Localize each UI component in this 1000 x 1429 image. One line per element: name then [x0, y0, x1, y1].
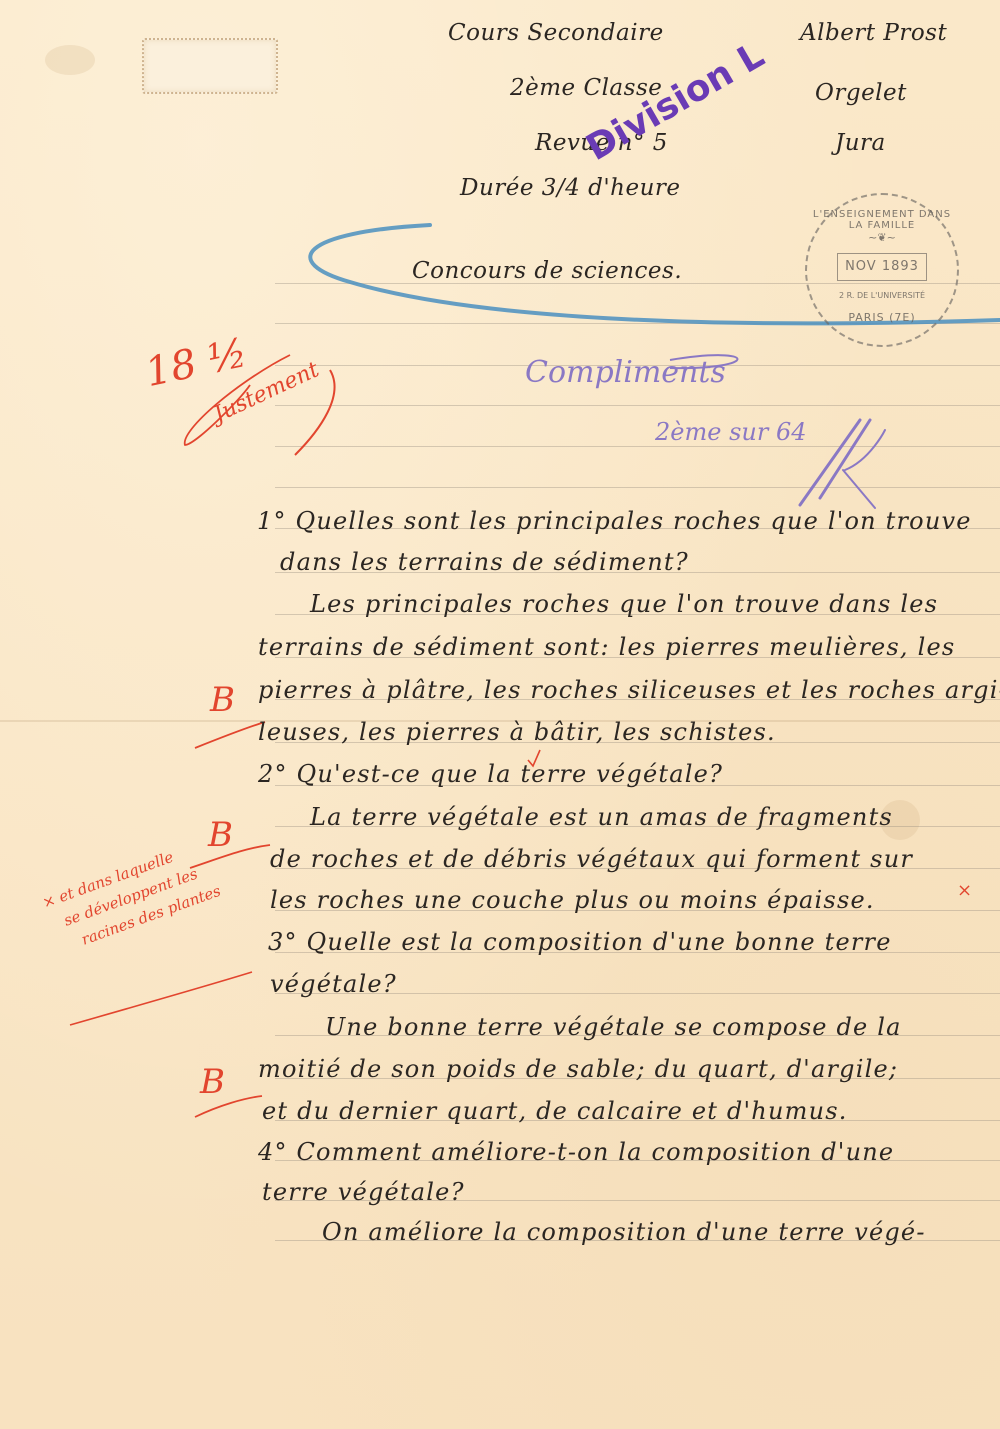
answer-4-line: On améliore la composition d'une terre v… [322, 1218, 926, 1246]
answer-1-line: leuses, les pierres à bâtir, les schiste… [258, 718, 776, 746]
class-rank: 2ème sur 64 [655, 418, 806, 446]
answer-2-line: les roches une couche plus ou moins épai… [270, 886, 875, 914]
question-4: 4° Comment améliore-t-on la composition … [258, 1138, 894, 1166]
grade-mark-2: B [208, 815, 233, 855]
answer-1-line: terrains de sédiment sont: les pierres m… [258, 633, 955, 661]
answer-1-line: Les principales roches que l'on trouve d… [310, 590, 938, 618]
question-3-continued: végétale? [270, 970, 397, 998]
class-label: 2ème Classe [510, 75, 662, 101]
paper-stain [45, 45, 95, 75]
question-3: 3° Quelle est la composition d'une bonne… [268, 928, 892, 956]
violet-initials-stroke [800, 420, 860, 505]
answer-3-line: moitié de son poids de sable; du quart, … [258, 1055, 898, 1083]
answer-1-line: pierres à plâtre, les roches siliceuses … [258, 676, 1000, 704]
grade-mark-3: B [200, 1062, 225, 1102]
question-1-continued: dans les terrains de sédiment? [280, 548, 689, 576]
margin-correction-note: × et dans laquelle se développent les ra… [40, 837, 223, 957]
answer-2-line: de roches et de débris végétaux qui form… [270, 845, 913, 873]
red-b-swoosh [195, 722, 265, 748]
postmark-date: NOV 1893 [837, 253, 927, 281]
postmark-city: PARIS (7E) [807, 311, 957, 324]
correction-marker: × [957, 880, 972, 901]
duration-label: Durée 3/4 d'heure [460, 175, 681, 201]
score: 18 ½ [141, 330, 251, 396]
question-1: 1° Quelles sont les principales roches q… [257, 507, 972, 535]
red-margin-underline [70, 972, 252, 1025]
student-name: Albert Prost [800, 20, 947, 46]
student-department: Jura [835, 130, 886, 156]
exam-sheet: Cours Secondaire 2ème Classe Revue n° 5 … [0, 0, 1000, 1429]
postmark-stamp: L'ENSEIGNEMENT DANS LA FAMILLE ~❦~ NOV 1… [805, 193, 959, 347]
question-4-continued: terre végétale? [262, 1178, 465, 1206]
question-2: 2° Qu'est-ce que la terre végétale? [258, 760, 723, 788]
student-town: Orgelet [815, 80, 907, 106]
division-stamp: Division L [580, 35, 772, 169]
grade-mark-1: B [210, 680, 235, 720]
answer-3-line: Une bonne terre végétale se compose de l… [325, 1013, 902, 1041]
answer-3-line: et du dernier quart, de calcaire et d'hu… [262, 1097, 848, 1125]
exam-title: Concours de sciences. [412, 258, 682, 284]
postmark-address: 2 R. DE L'UNIVERSITÉ [807, 291, 957, 300]
course-label: Cours Secondaire [448, 20, 664, 46]
postmark-institution: L'ENSEIGNEMENT DANS LA FAMILLE [807, 209, 957, 231]
answer-2-line: La terre végétale est un amas de fragmen… [310, 803, 893, 831]
remark-compliments: Compliments [525, 355, 726, 390]
postmark-ornament-icon: ~❦~ [807, 231, 957, 244]
violet-initials-stroke [843, 430, 885, 508]
removed-stamp-mark [142, 38, 278, 94]
